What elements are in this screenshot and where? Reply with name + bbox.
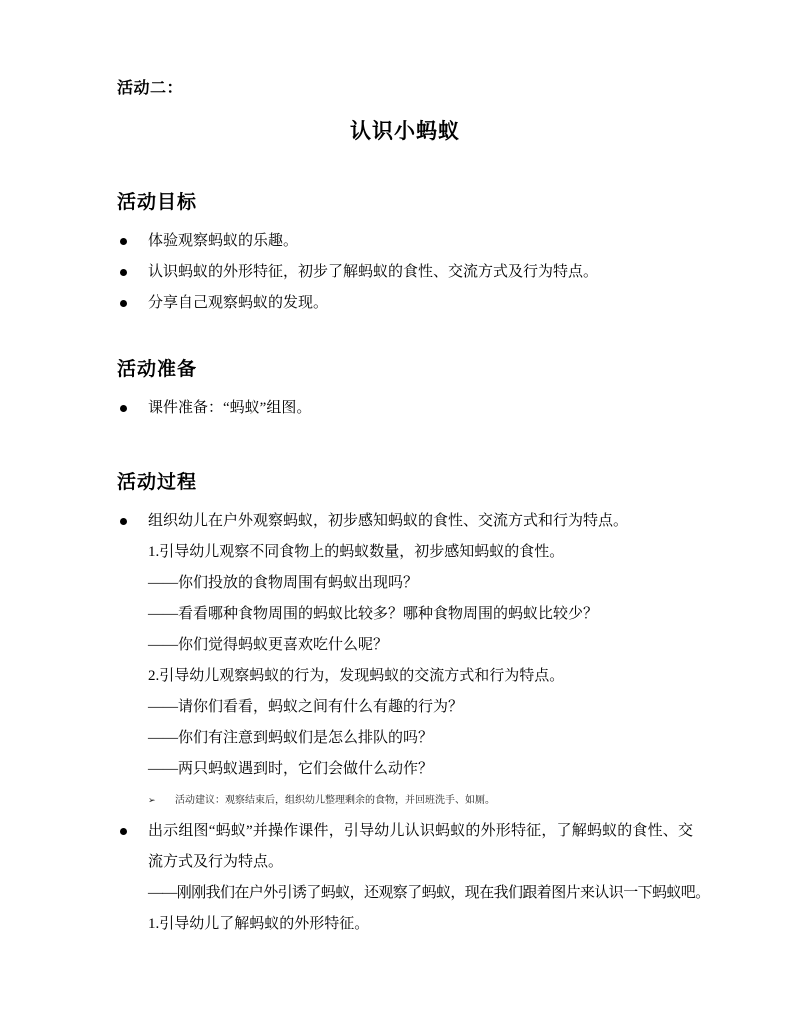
list-item: 出示组图“蚂蚁”并操作课件，引导幼儿认识蚂蚁的外形特征，了解蚂蚁的食性、交流方式…	[117, 816, 693, 878]
process-courseware-bullet: 出示组图“蚂蚁”并操作课件，引导幼儿认识蚂蚁的外形特征，了解蚂蚁的食性、交流方式…	[117, 816, 693, 878]
process-step: 2.引导幼儿观察蚂蚁的行为，发现蚂蚁的交流方式和行为特点。	[148, 661, 693, 692]
process-step: ——看看哪种食物周围的蚂蚁比较多？哪种食物周围的蚂蚁比较少？	[148, 599, 693, 630]
process-step: 1.引导幼儿了解蚂蚁的外形特征。	[148, 909, 693, 940]
bullet-icon	[120, 518, 127, 525]
activity-label: 活动二：	[117, 80, 693, 97]
prep-list: 课件准备：“蚂蚁”组图。	[117, 393, 693, 424]
list-item-text: 出示组图“蚂蚁”并操作课件，引导幼儿认识蚂蚁的外形特征，了解蚂蚁的食性、交流方式…	[148, 823, 693, 870]
bullet-icon	[120, 828, 127, 835]
document-title: 认识小蚂蚁	[117, 121, 693, 142]
process-step: ——你们投放的食物周围有蚂蚁出现吗？	[148, 568, 693, 599]
bullet-icon	[120, 300, 127, 307]
process-step: ——你们觉得蚂蚁更喜欢吃什么呢？	[148, 630, 693, 661]
section-heading-goals: 活动目标	[117, 193, 693, 212]
process-step: ——你们有注意到蚂蚁们是怎么排队的吗？	[148, 723, 693, 754]
list-item-text: 组织幼儿在户外观察蚂蚁，初步感知蚂蚁的食性、交流方式和行为特点。	[148, 513, 628, 529]
process-step: ——刚刚我们在户外引诱了蚂蚁，还观察了蚂蚁，现在我们跟着图片来认识一下蚂蚁吧。	[148, 878, 693, 909]
bullet-icon	[120, 405, 127, 412]
document-content: 活动二： 认识小蚂蚁 活动目标 体验观察蚂蚁的乐趣。 认识蚂蚁的外形特征，初步了…	[0, 0, 793, 940]
list-item-text: 课件准备：“蚂蚁”组图。	[148, 400, 311, 416]
goals-list: 体验观察蚂蚁的乐趣。 认识蚂蚁的外形特征，初步了解蚂蚁的食性、交流方式及行为特点…	[117, 226, 693, 319]
bullet-icon	[120, 238, 127, 245]
list-item: 体验观察蚂蚁的乐趣。	[117, 226, 693, 257]
document-page: 活动二： 认识小蚂蚁 活动目标 体验观察蚂蚁的乐趣。 认识蚂蚁的外形特征，初步了…	[0, 0, 793, 1013]
list-item: 分享自己观察蚂蚁的发现。	[117, 288, 693, 319]
list-item: 组织幼儿在户外观察蚂蚁，初步感知蚂蚁的食性、交流方式和行为特点。	[117, 506, 693, 537]
section-heading-process: 活动过程	[117, 473, 693, 492]
list-item: 认识蚂蚁的外形特征，初步了解蚂蚁的食性、交流方式及行为特点。	[117, 257, 693, 288]
list-item-text: 认识蚂蚁的外形特征，初步了解蚂蚁的食性、交流方式及行为特点。	[148, 264, 598, 280]
process-step: 1.引导幼儿观察不同食物上的蚂蚁数量，初步感知蚂蚁的食性。	[148, 537, 693, 568]
arrow-bullet-icon: ➢	[148, 785, 175, 816]
suggestion-text: 活动建议：观察结束后，组织幼儿整理剩余的食物，并回班洗手、如厕。	[175, 795, 495, 806]
section-heading-prep: 活动准备	[117, 360, 693, 379]
process-outdoor-bullet: 组织幼儿在户外观察蚂蚁，初步感知蚂蚁的食性、交流方式和行为特点。	[117, 506, 693, 537]
process-step: ——请你们看看，蚂蚁之间有什么有趣的行为？	[148, 692, 693, 723]
list-item-text: 体验观察蚂蚁的乐趣。	[148, 233, 298, 249]
list-item: 课件准备：“蚂蚁”组图。	[117, 393, 693, 424]
bullet-icon	[120, 269, 127, 276]
list-item-text: 分享自己观察蚂蚁的发现。	[148, 295, 328, 311]
activity-suggestion: ➢活动建议：观察结束后，组织幼儿整理剩余的食物，并回班洗手、如厕。	[148, 785, 693, 816]
process-step: ——两只蚂蚁遇到时，它们会做什么动作？	[148, 754, 693, 785]
